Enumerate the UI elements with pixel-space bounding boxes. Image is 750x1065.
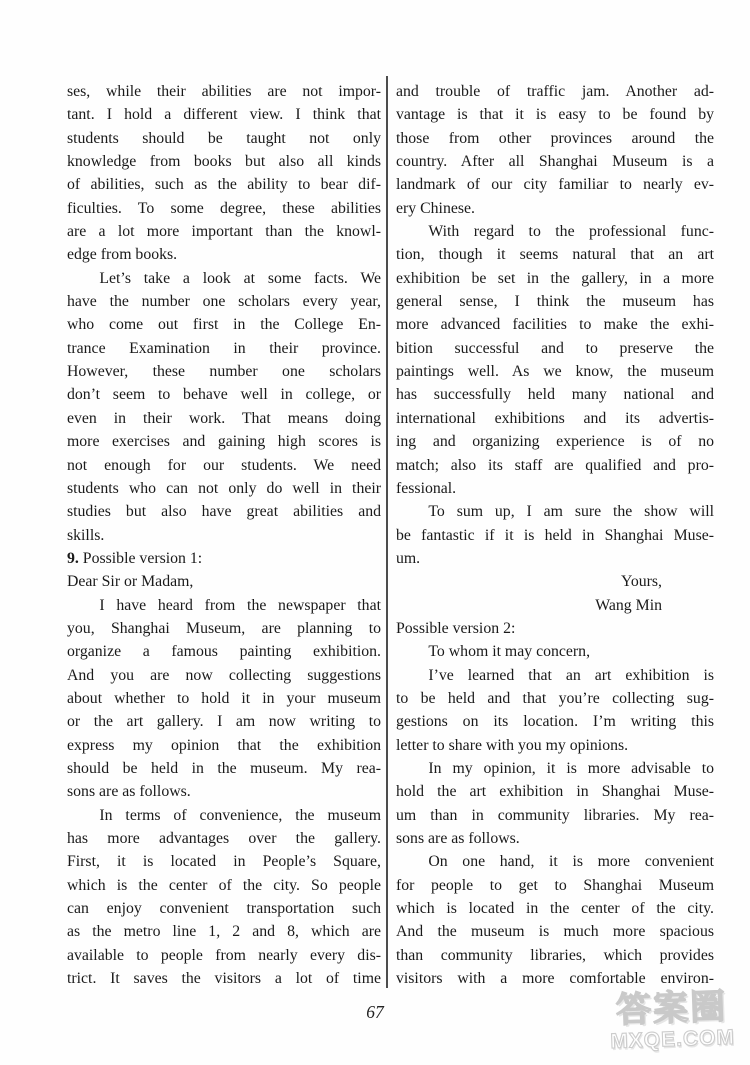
text-line: students should be taught not only bbox=[67, 127, 381, 150]
scanned-book-page: ses, while their abilities are not impor… bbox=[0, 0, 750, 1065]
text-line: visitors with a more comfortable environ… bbox=[396, 967, 714, 990]
text-line: Possible version 2: bbox=[396, 617, 714, 640]
text-line: or the art gallery. I am now writing to bbox=[67, 710, 381, 733]
column-divider-rule bbox=[386, 76, 388, 988]
text-line: um. bbox=[396, 547, 714, 570]
text-line: those from other provinces around the bbox=[396, 127, 714, 150]
text-line: ses, while their abilities are not impor… bbox=[67, 80, 381, 103]
text-line: To whom it may concern, bbox=[396, 640, 714, 663]
text-line: And you are now collecting suggestions bbox=[67, 664, 381, 687]
text-line: skills. bbox=[67, 524, 381, 547]
text-line: has more advantages over the gallery. bbox=[67, 827, 381, 850]
text-line: for people to get to Shanghai Museum bbox=[396, 874, 714, 897]
text-line: fessional. bbox=[396, 477, 714, 500]
text-line: not enough for our students. We need bbox=[67, 454, 381, 477]
text-line: With regard to the professional func- bbox=[396, 220, 714, 243]
text-line: sons are as follows. bbox=[396, 827, 714, 850]
text-line: have the number one scholars every year, bbox=[67, 290, 381, 313]
text-line: landmark of our city familiar to nearly … bbox=[396, 173, 714, 196]
text-line: vantage is that it is easy to be found b… bbox=[396, 103, 714, 126]
text-line: knowledge from books but also all kinds bbox=[67, 150, 381, 173]
text-line: Dear Sir or Madam, bbox=[67, 570, 381, 593]
text-line: First, it is located in People’s Square, bbox=[67, 850, 381, 873]
text-line: sons are as follows. bbox=[67, 780, 381, 803]
text-line: organize a famous painting exhibition. bbox=[67, 640, 381, 663]
text-line: bition successful and to preserve the bbox=[396, 337, 714, 360]
page-number: 67 bbox=[0, 1002, 750, 1023]
text-line: I’ve learned that an art exhibition is bbox=[396, 664, 714, 687]
text-line: who come out first in the College En- bbox=[67, 313, 381, 336]
text-line: And the museum is much more spacious bbox=[396, 920, 714, 943]
text-line: than community libraries, which provides bbox=[396, 944, 714, 967]
text-line: studies but also have great abilities an… bbox=[67, 500, 381, 523]
watermark-site-text: MXQE.COM bbox=[596, 1025, 749, 1054]
text-line: has successfully held many national and bbox=[396, 383, 714, 406]
text-line: international exhibitions and its advert… bbox=[396, 407, 714, 430]
text-line: match; also its staff are qualified and … bbox=[396, 454, 714, 477]
text-line: ery Chinese. bbox=[396, 197, 714, 220]
text-line: ing and organizing experience is of no bbox=[396, 430, 714, 453]
text-line: I have heard from the newspaper that bbox=[67, 594, 381, 617]
text-line: tion, though it seems natural that an ar… bbox=[396, 243, 714, 266]
text-column-right: and trouble of traffic jam. Another ad-v… bbox=[396, 80, 714, 990]
text-line: Yours, bbox=[396, 570, 714, 593]
text-column-left: ses, while their abilities are not impor… bbox=[67, 80, 381, 990]
text-line: can enjoy convenient transportation such bbox=[67, 897, 381, 920]
text-line: which is located in the center of the ci… bbox=[396, 897, 714, 920]
text-line: hold the art exhibition in Shanghai Muse… bbox=[396, 780, 714, 803]
text-line: as the metro line 1, 2 and 8, which are bbox=[67, 920, 381, 943]
text-line: gestions on its location. I’m writing th… bbox=[396, 710, 714, 733]
text-line: trict. It saves the visitors a lot of ti… bbox=[67, 967, 381, 990]
text-line: 9. Possible version 1: bbox=[67, 547, 381, 570]
text-line: Wang Min bbox=[396, 594, 714, 617]
text-line: country. After all Shanghai Museum is a bbox=[396, 150, 714, 173]
text-line: and trouble of traffic jam. Another ad- bbox=[396, 80, 714, 103]
text-line: On one hand, it is more convenient bbox=[396, 850, 714, 873]
text-line: um than in community libraries. My rea- bbox=[396, 804, 714, 827]
text-line: which is the center of the city. So peop… bbox=[67, 874, 381, 897]
text-line: letter to share with you my opinions. bbox=[396, 734, 714, 757]
text-line: to be held and that you’re collecting su… bbox=[396, 687, 714, 710]
text-line: general sense, I think the museum has bbox=[396, 290, 714, 313]
text-line: To sum up, I am sure the show will bbox=[396, 500, 714, 523]
text-line: trance Examination in their province. bbox=[67, 337, 381, 360]
text-line: paintings well. As we know, the museum bbox=[396, 360, 714, 383]
text-line: you, Shanghai Museum, are planning to bbox=[67, 617, 381, 640]
text-line: of abilities, such as the ability to bea… bbox=[67, 173, 381, 196]
text-line: more advanced facilities to make the exh… bbox=[396, 313, 714, 336]
text-line: be fantastic if it is held in Shanghai M… bbox=[396, 524, 714, 547]
text-line: In terms of convenience, the museum bbox=[67, 804, 381, 827]
text-line: are a lot more important than the knowl- bbox=[67, 220, 381, 243]
text-line: exhibition be set in the gallery, in a m… bbox=[396, 267, 714, 290]
text-line: students who can not only do well in the… bbox=[67, 477, 381, 500]
text-line: In my opinion, it is more advisable to bbox=[396, 757, 714, 780]
text-line: more exercises and gaining high scores i… bbox=[67, 430, 381, 453]
text-line: express my opinion that the exhibition bbox=[67, 734, 381, 757]
text-line: don’t seem to behave well in college, or bbox=[67, 383, 381, 406]
text-line: about whether to hold it in your museum bbox=[67, 687, 381, 710]
text-line: tant. I hold a different view. I think t… bbox=[67, 103, 381, 126]
text-line: edge from books. bbox=[67, 243, 381, 266]
text-line: Let’s take a look at some facts. We bbox=[67, 267, 381, 290]
text-line: ficulties. To some degree, these abiliti… bbox=[67, 197, 381, 220]
text-line: even in their work. That means doing bbox=[67, 407, 381, 430]
text-line: However, these number one scholars bbox=[67, 360, 381, 383]
item-number-bold: 9. bbox=[67, 550, 79, 567]
text-line: available to people from nearly every di… bbox=[67, 944, 381, 967]
text-line: should be held in the museum. My rea- bbox=[67, 757, 381, 780]
